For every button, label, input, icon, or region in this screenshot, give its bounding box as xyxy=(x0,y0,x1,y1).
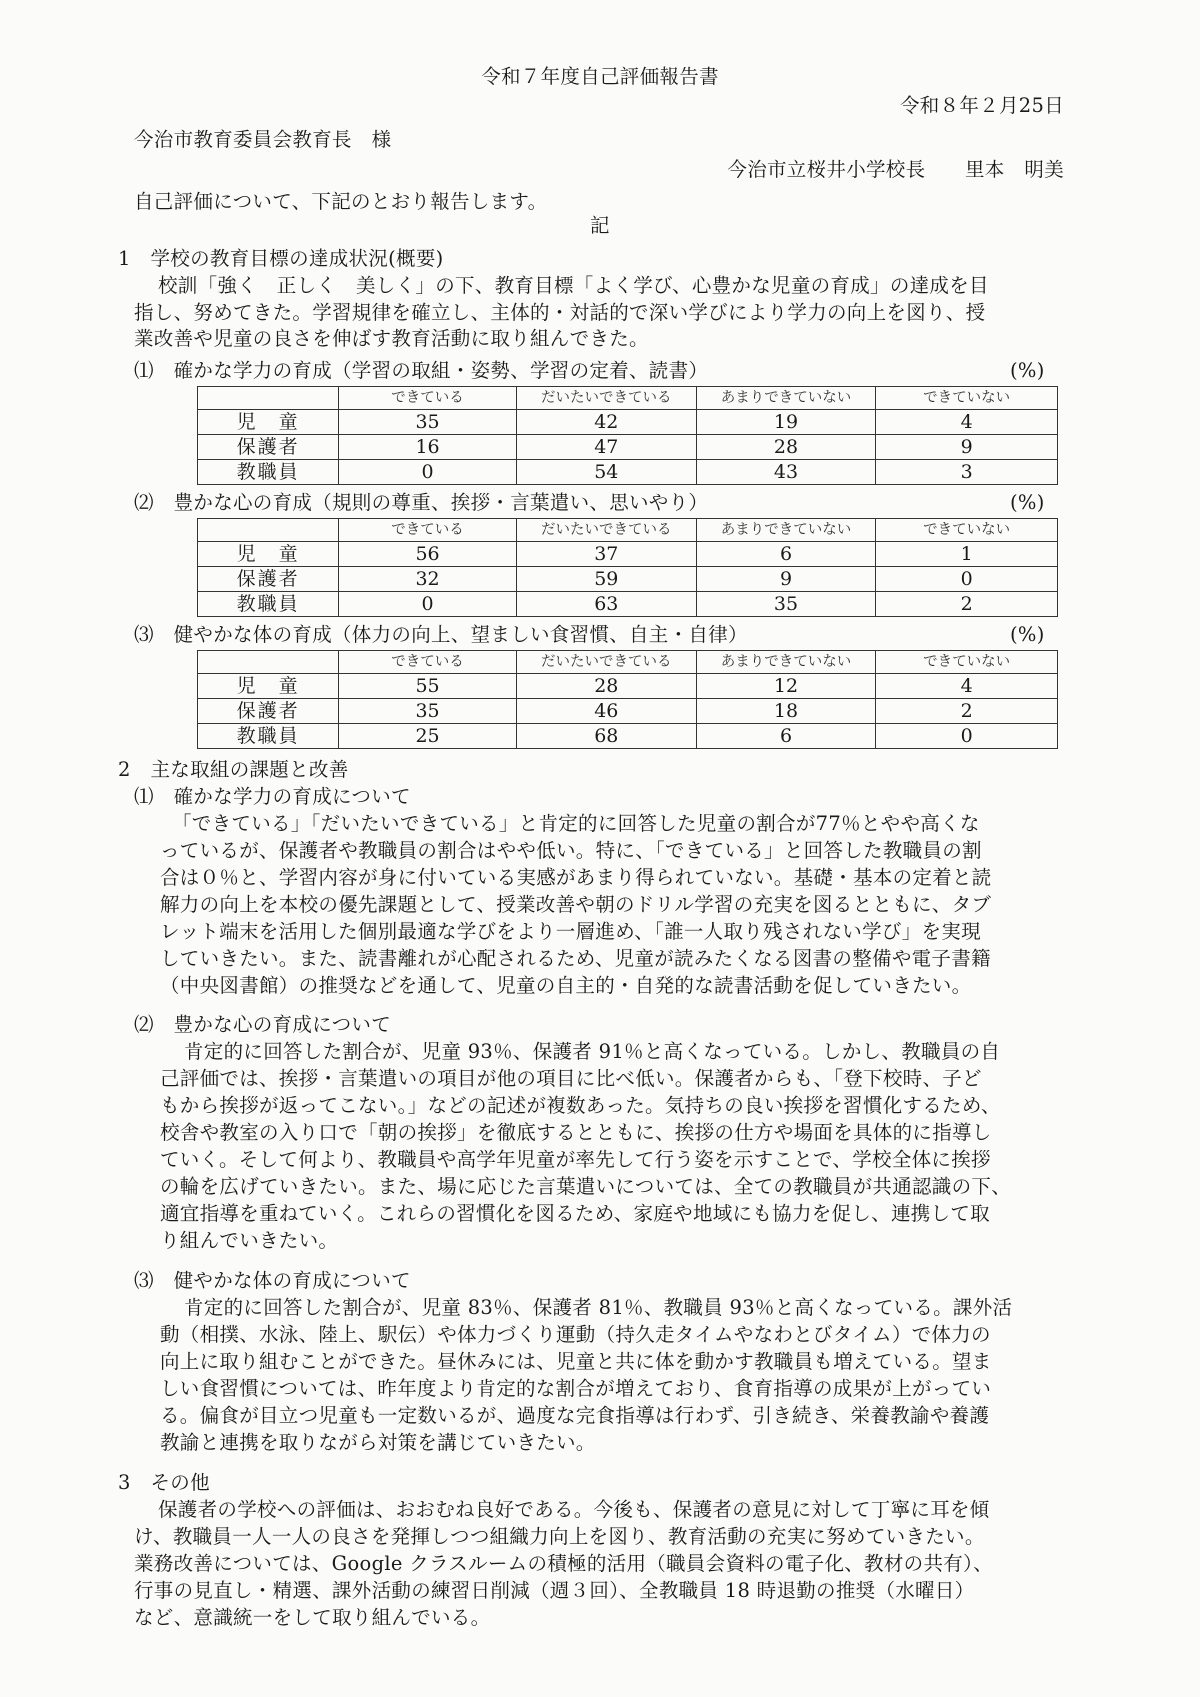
section2-heading: 2 主な取組の課題と改善 xyxy=(118,757,349,783)
survey-table-academic: できている だいたいできている あまりできていない できていない 児 童 35 … xyxy=(197,386,1058,485)
body-line: 肯定的に回答した割合が、児童 93％、保護者 91％と高くなっている。しかし、教… xyxy=(184,1039,1000,1065)
table-cell: 35 xyxy=(696,592,876,617)
body-line: 「できている」「だいたいできている」と肯定的に回答した児童の割合が77％とやや高… xyxy=(172,811,980,837)
row-label: 保護者 xyxy=(198,567,339,592)
body-line: していきたい。また、読書離れが心配されるため、児童が読みたくなる図書の整備や電子… xyxy=(160,946,991,972)
section1-heading: 1 学校の教育目標の達成状況(概要) xyxy=(118,246,444,272)
body-line: 合は０％と、学習内容が身に付いている実感があまり得られていない。基礎・基本の定着… xyxy=(160,865,992,891)
column-header: できていない xyxy=(876,519,1058,542)
table-cell: 19 xyxy=(696,410,876,435)
body-line: け、教職員一人一人の良さを発揮しつつ組織力向上を図り、教育活動の充実に努めていき… xyxy=(134,1524,985,1550)
table-cell: 63 xyxy=(516,592,696,617)
body-line: 解力の向上を本校の優先課題として、授業改善や朝のドリル学習の充実を図るとともに、… xyxy=(160,892,991,918)
addressee: 今治市教育委員会教育長 様 xyxy=(134,127,391,153)
body-line: 業務改善については、Google クラスルームの積極的活用（職員会資料の電子化、… xyxy=(134,1551,993,1577)
table-cell: 6 xyxy=(696,724,876,749)
column-header xyxy=(198,387,339,410)
column-header: できていない xyxy=(876,651,1058,674)
table-row: 保護者 32 59 9 0 xyxy=(198,567,1058,592)
body-line: り組んでいきたい。 xyxy=(160,1228,338,1254)
table-cell: 59 xyxy=(516,567,696,592)
column-header: できている xyxy=(339,519,517,542)
table-row: 児 童 56 37 6 1 xyxy=(198,542,1058,567)
survey-table-body: できている だいたいできている あまりできていない できていない 児 童 55 … xyxy=(197,650,1058,749)
document-page: 令和７年度自己評価報告書 令和８年２月25日 今治市教育委員会教育長 様 今治市… xyxy=(0,0,1200,1697)
column-header: あまりできていない xyxy=(696,651,876,674)
table-cell: 28 xyxy=(516,674,696,699)
table-cell: 0 xyxy=(339,592,517,617)
row-label: 教職員 xyxy=(198,724,339,749)
body-line: 己評価では、挨拶・言葉遣いの項目が他の項目に比べ低い。保護者からも、「登下校時、… xyxy=(160,1066,982,1092)
body-line: 動（相撲、水泳、陸上、駅伝）や体力づくり運動（持久走タイムやなわとびタイム）で体… xyxy=(160,1322,991,1348)
column-header: だいたいできている xyxy=(516,519,696,542)
table-cell: 55 xyxy=(339,674,517,699)
column-header: できていない xyxy=(876,387,1058,410)
body-line: の輪を広げていきたい。また、場に応じた言葉遣いについては、全ての教職員が共通認識… xyxy=(160,1174,1011,1200)
table-cell: 42 xyxy=(516,410,696,435)
table-row: 児 童 55 28 12 4 xyxy=(198,674,1058,699)
sender: 今治市立桜井小学校長 里本 明美 xyxy=(727,157,1064,183)
report-date: 令和８年２月25日 xyxy=(900,93,1064,119)
table-cell: 46 xyxy=(516,699,696,724)
column-header xyxy=(198,519,339,542)
body-line: など、意識統一をして取り組んでいる。 xyxy=(134,1605,490,1631)
table-cell: 32 xyxy=(339,567,517,592)
table-cell: 0 xyxy=(876,567,1058,592)
table2-heading: ⑵ 豊かな心の育成（規則の尊重、挨拶・言葉遣い、思いやり） xyxy=(134,490,708,516)
table1-unit: (%) xyxy=(1010,358,1045,384)
column-header: できている xyxy=(339,651,517,674)
table-row: 教職員 0 63 35 2 xyxy=(198,592,1058,617)
table-row: 教職員 25 68 6 0 xyxy=(198,724,1058,749)
row-label: 教職員 xyxy=(198,460,339,485)
table-cell: 2 xyxy=(876,699,1058,724)
body-line: 教諭と連携を取りながら対策を講じていきたい。 xyxy=(160,1430,596,1456)
table-cell: 54 xyxy=(516,460,696,485)
column-header: だいたいできている xyxy=(516,387,696,410)
table-cell: 18 xyxy=(696,699,876,724)
table-cell: 4 xyxy=(876,674,1058,699)
table-cell: 35 xyxy=(339,410,517,435)
table-cell: 6 xyxy=(696,542,876,567)
section1-para-line: 指し、努めてきた。学習規律を確立し、主体的・対話的で深い学びにより学力の向上を図… xyxy=(134,300,985,326)
table-header-row: できている だいたいできている あまりできていない できていない xyxy=(198,651,1058,674)
table3-heading: ⑶ 健やかな体の育成（体力の向上、望ましい食習慣、自主・自律） xyxy=(134,622,748,648)
column-header: だいたいできている xyxy=(516,651,696,674)
table-cell: 56 xyxy=(339,542,517,567)
table-row: 児 童 35 42 19 4 xyxy=(198,410,1058,435)
table-cell: 68 xyxy=(516,724,696,749)
survey-table-heart: できている だいたいできている あまりできていない できていない 児 童 56 … xyxy=(197,518,1058,617)
table-header-row: できている だいたいできている あまりできていない できていない xyxy=(198,519,1058,542)
body-line: ていく。そして何より、教職員や高学年児童が率先して行う姿を示すことで、学校全体に… xyxy=(160,1147,991,1173)
column-header: あまりできていない xyxy=(696,387,876,410)
row-label: 児 童 xyxy=(198,410,339,435)
table-cell: 9 xyxy=(696,567,876,592)
body-line: 肯定的に回答した割合が、児童 83％、保護者 81％、教職員 93％と高くなって… xyxy=(184,1295,1012,1321)
subsection-heading: ⑶ 健やかな体の育成について xyxy=(134,1268,411,1294)
table-cell: 0 xyxy=(339,460,517,485)
table-header-row: できている だいたいできている あまりできていない できていない xyxy=(198,387,1058,410)
subsection-heading: ⑵ 豊かな心の育成について xyxy=(134,1012,391,1038)
body-line: 向上に取り組むことができた。昼休みには、児童と共に体を動かす教職員も増えている。… xyxy=(160,1349,992,1375)
table-cell: 0 xyxy=(876,724,1058,749)
table-cell: 3 xyxy=(876,460,1058,485)
body-line: 校舎や教室の入り口で「朝の挨拶」を徹底するとともに、挨拶の仕方や場面を具体的に指… xyxy=(160,1120,992,1146)
intro-text: 自己評価について、下記のとおり報告します。 xyxy=(134,189,547,215)
row-label: 保護者 xyxy=(198,699,339,724)
table-cell: 43 xyxy=(696,460,876,485)
table2-unit: (%) xyxy=(1010,490,1045,516)
table-cell: 35 xyxy=(339,699,517,724)
section1-para-line: 校訓「強く 正しく 美しく」の下、教育目標「よく学び、心豊かな児童の育成」の達成… xyxy=(158,273,989,299)
column-header: あまりできていない xyxy=(696,519,876,542)
body-line: っているが、保護者や教職員の割合はやや低い。特に、「できている」と回答した教職員… xyxy=(160,838,982,864)
ki-mark: 記 xyxy=(590,213,610,239)
table-row: 教職員 0 54 43 3 xyxy=(198,460,1058,485)
column-header: できている xyxy=(339,387,517,410)
row-label: 教職員 xyxy=(198,592,339,617)
table-cell: 12 xyxy=(696,674,876,699)
table-cell: 28 xyxy=(696,435,876,460)
body-line: 保護者の学校への評価は、おおむね良好である。今後も、保護者の意見に対して丁寧に耳… xyxy=(158,1497,990,1523)
table-cell: 2 xyxy=(876,592,1058,617)
table1-heading: ⑴ 確かな学力の育成（学習の取組・姿勢、学習の定着、読書） xyxy=(134,358,708,384)
table-row: 保護者 16 47 28 9 xyxy=(198,435,1058,460)
body-line: （中央図書館）の推奨などを通して、児童の自主的・自発的な読書活動を促していきたい… xyxy=(160,973,971,999)
table3-unit: (%) xyxy=(1010,622,1045,648)
row-label: 児 童 xyxy=(198,542,339,567)
table-cell: 37 xyxy=(516,542,696,567)
body-line: 行事の見直し・精選、課外活動の練習日削減（週３回）、全教職員 18 時退勤の推奨… xyxy=(134,1578,974,1604)
body-line: しい食習慣については、昨年度より肯定的な割合が増えており、食育指導の成果が上がっ… xyxy=(160,1376,991,1402)
table-cell: 25 xyxy=(339,724,517,749)
document-title: 令和７年度自己評価報告書 xyxy=(0,64,1200,90)
column-header xyxy=(198,651,339,674)
subsection-heading: ⑴ 確かな学力の育成について xyxy=(134,784,411,810)
body-line: レット端末を活用した個別最適な学びをより一層進め、「誰一人取り残されない学び」を… xyxy=(160,919,981,945)
row-label: 保護者 xyxy=(198,435,339,460)
row-label: 児 童 xyxy=(198,674,339,699)
table-cell: 9 xyxy=(876,435,1058,460)
table-cell: 1 xyxy=(876,542,1058,567)
table-cell: 16 xyxy=(339,435,517,460)
table-row: 保護者 35 46 18 2 xyxy=(198,699,1058,724)
body-line: もから挨拶が返ってこない。」などの記述が複数あった。気持ちの良い挨拶を習慣化する… xyxy=(160,1093,1001,1119)
table-cell: 4 xyxy=(876,410,1058,435)
table-cell: 47 xyxy=(516,435,696,460)
section1-para-line: 業改善や児童の良さを伸ばす教育活動に取り組んできた。 xyxy=(134,326,649,352)
body-line: 適宜指導を重ねていく。これらの習慣化を図るため、家庭や地域にも協力を促し、連携し… xyxy=(160,1201,990,1227)
body-line: る。偏食が目立つ児童も一定数いるが、過度な完食指導は行わず、引き続き、栄養教諭や… xyxy=(160,1403,989,1429)
section3-heading: 3 その他 xyxy=(118,1470,210,1496)
